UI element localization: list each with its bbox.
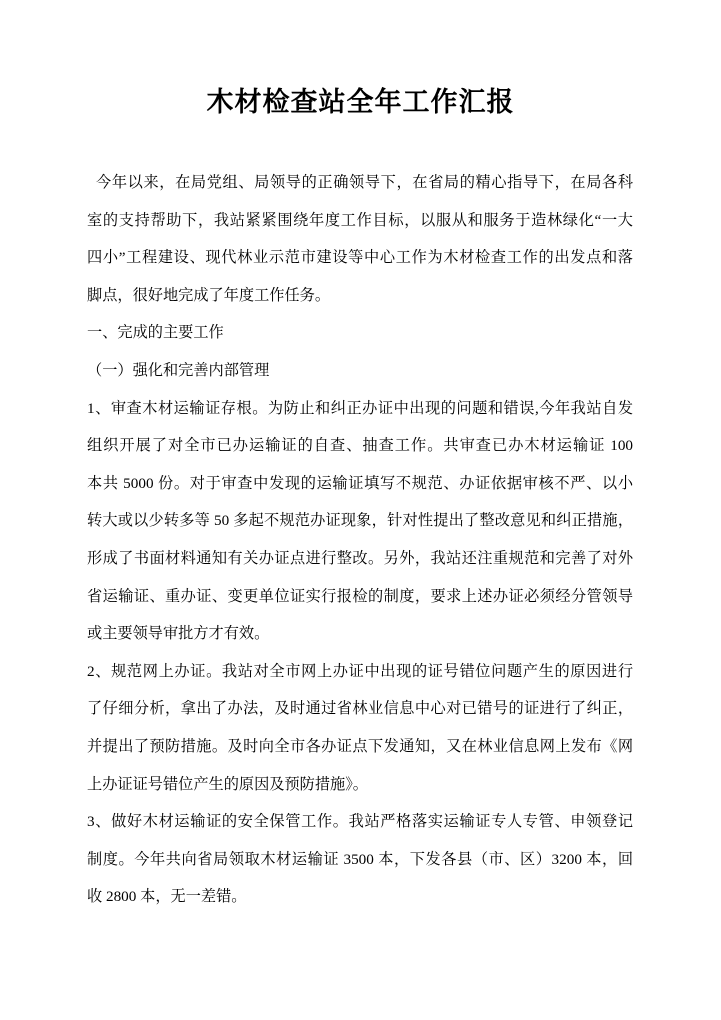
text-line: 组织开展了对全市已办运输证的自查、抽查工作。共审查已办木材运输证 100 (87, 427, 633, 465)
text-line: 转大或以少转多等 50 多起不规范办证现象，针对性提出了整改意见和纠正措施， (87, 502, 633, 540)
text-line: 制度。今年共向省局领取木材运输证 3500 本，下发各县（市、区）3200 本，… (87, 841, 633, 879)
document-title: 木材检查站全年工作汇报 (0, 84, 721, 120)
text-line: 省运输证、重办证、变更单位证实行报检的制度，要求上述办证必须经分管领导 (87, 578, 633, 616)
text-line: 今年以来，在局党组、局领导的正确领导下，在省局的精心指导下，在局各科 (87, 164, 633, 202)
text-line: 2、规范网上办证。我站对全市网上办证中出现的证号错位问题产生的原因进行 (87, 653, 633, 691)
text-line: 或主要领导审批方才有效。 (87, 615, 633, 653)
document-page: 木材检查站全年工作汇报 今年以来，在局党组、局领导的正确领导下，在省局的精心指导… (0, 0, 721, 1020)
text-line: 并提出了预防措施。及时向全市各办证点下发通知，又在林业信息网上发布《网 (87, 728, 633, 766)
document-body: 今年以来，在局党组、局领导的正确领导下，在省局的精心指导下，在局各科室的支持帮助… (87, 164, 633, 916)
text-line: 1、审查木材运输证存根。为防止和纠正办证中出现的问题和错误,今年我站自发 (87, 390, 633, 428)
text-line: 上办证证号错位产生的原因及预防措施》。 (87, 766, 633, 804)
text-line: 3、做好木材运输证的安全保管工作。我站严格落实运输证专人专管、申领登记 (87, 803, 633, 841)
text-line: 了仔细分析，拿出了办法，及时通过省林业信息中心对已错号的证进行了纠正， (87, 690, 633, 728)
text-line: 收 2800 本，无一差错。 (87, 878, 633, 916)
text-line: 本共 5000 份。对于审查中发现的运输证填写不规范、办证依据审核不严、以小 (87, 465, 633, 503)
text-line: 一、完成的主要工作 (87, 314, 633, 352)
text-line: 脚点，很好地完成了年度工作任务。 (87, 277, 633, 315)
text-line: 四小”工程建设、现代林业示范市建设等中心工作为木材检查工作的出发点和落 (87, 239, 633, 277)
text-line: 形成了书面材料通知有关办证点进行整改。另外，我站还注重规范和完善了对外 (87, 540, 633, 578)
text-line: （一）强化和完善内部管理 (87, 352, 633, 390)
text-line: 室的支持帮助下，我站紧紧围绕年度工作目标，以服从和服务于造林绿化“一大 (87, 202, 633, 240)
